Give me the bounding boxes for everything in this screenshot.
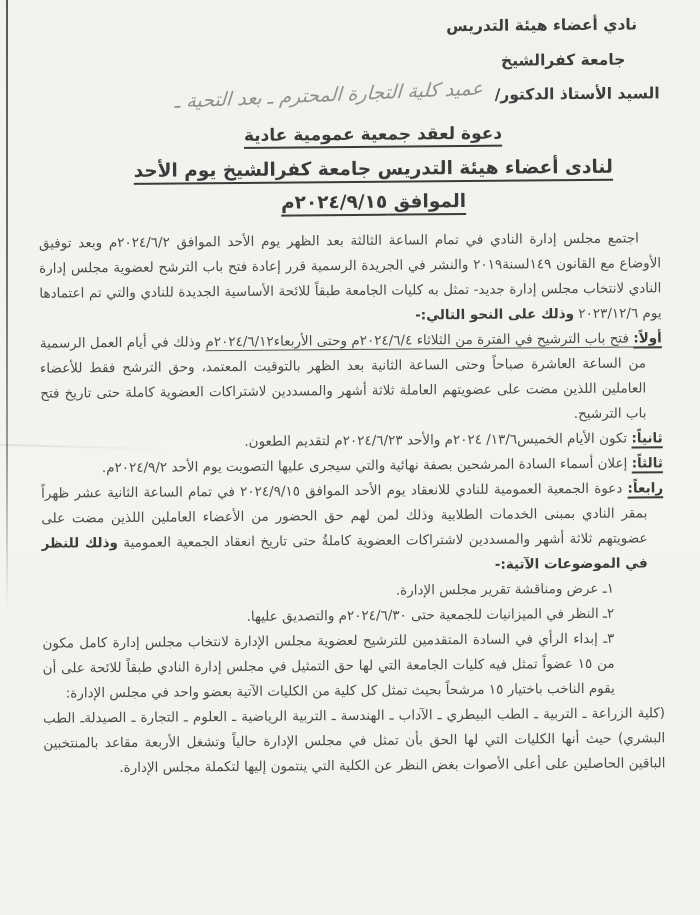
- clause-third-label: ثالثاً:: [632, 455, 663, 471]
- clause-fourth: رابعاً: دعوة الجمعية العمومية للنادي للا…: [41, 476, 664, 581]
- university-line: جامعة كفرالشيخ: [37, 51, 625, 74]
- addressee-label: السيد الأستاذ الدكتور/: [495, 84, 660, 103]
- document-content: نادي أعضاء هيئة التدريس جامعة كفرالشيخ ا…: [0, 0, 700, 915]
- doc-title-line1: دعوة لعقد جمعية عمومية عادية: [62, 122, 684, 147]
- intro-paragraph: اجتمع مجلس إدارة النادي في تمام الساعة ا…: [39, 226, 662, 331]
- document-body: اجتمع مجلس إدارة النادي في تمام الساعة ا…: [39, 226, 666, 781]
- clause-third-text: إعلان أسماء السادة المرشحين بصفة نهائية …: [102, 456, 632, 477]
- document-titles: دعوة لعقد جمعية عمومية عادية لنادى أعضاء…: [62, 122, 685, 215]
- clause-first: أولاً: فتح باب الترشيح في الفترة من الثل…: [40, 326, 663, 431]
- clause-fourth-label: رابعاً:: [627, 480, 663, 496]
- doc-title-line2: لنادى أعضاء هيئة التدريس جامعة كفرالشيخ …: [62, 156, 684, 182]
- clause-fourth-text: دعوة الجمعية العمومية للنادي للانعقاد يو…: [41, 481, 648, 551]
- clause-second-label: ثانياً:: [631, 430, 662, 446]
- doc-title-line3: الموافق ٢٠٢٤/٩/١٥م: [62, 189, 684, 215]
- salutation-line: السيد الأستاذ الدكتور/ عميد كلية التجارة…: [38, 81, 660, 108]
- clause-first-underlined: فتح باب الترشيح في الفترة من الثلاثاء ٢٠…: [205, 331, 633, 351]
- scanned-document-page: نادي أعضاء هيئة التدريس جامعة كفرالشيخ ا…: [0, 0, 700, 915]
- intro-bold-tail: وذلك على النحو التالي:-: [415, 306, 574, 323]
- handwritten-addressee: عميد كلية التجارة المحترم ـ بعد التحية ـ: [174, 77, 483, 113]
- clause-first-label: أولاً:: [633, 330, 662, 346]
- clause-second-text: تكون الأيام الخميس١٣/٦/ ٢٠٢٤م والأحد ٢٠٢…: [244, 431, 631, 450]
- org-name-line: نادي أعضاء هيئة التدريس: [37, 15, 637, 38]
- faculties-paragraph: (كلية الزراعة ـ التربية ـ الطب البيطري ـ…: [43, 701, 666, 781]
- agenda-item-3: ٣ـ إبداء الرأي في السادة المتقدمين للترش…: [42, 626, 665, 706]
